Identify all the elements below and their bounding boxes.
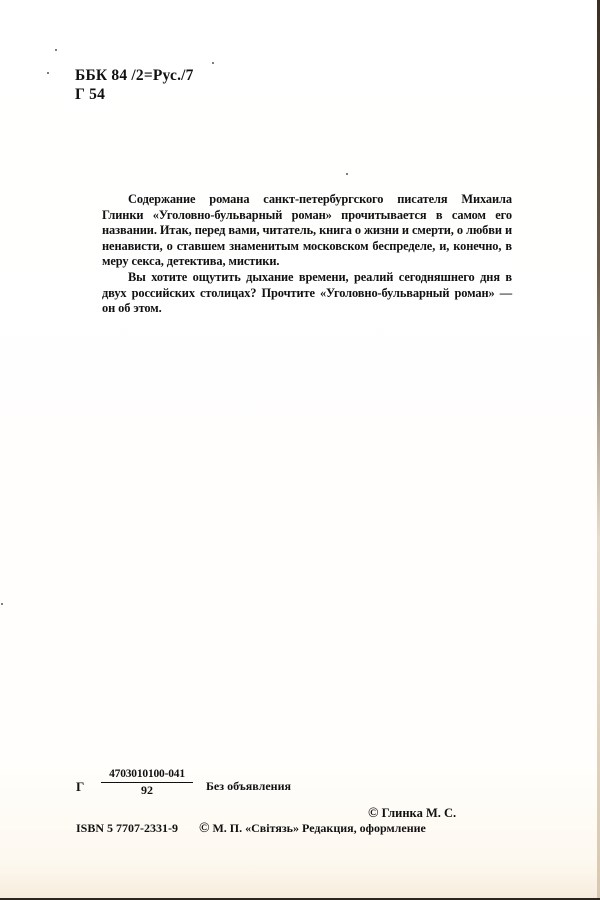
copyright-author-line: © Глинка М. С.	[368, 806, 456, 822]
library-classification: ББК 84 /2=Рус./7 Г 54	[75, 66, 194, 104]
imprint-numerator: 4703010100-041	[101, 768, 193, 781]
paper-speck	[47, 72, 49, 74]
author-mark: Г 54	[75, 85, 194, 104]
book-page: ББК 84 /2=Рус./7 Г 54 Содержание романа …	[0, 0, 600, 900]
isbn-publisher-line: ISBN 5 7707-2331-9 © М. П. «Світязь» Ред…	[76, 821, 426, 837]
book-annotation: Содержание романа санкт-петербургского п…	[102, 192, 512, 317]
copyright-publisher: М. П. «Світязь» Редакция, оформление	[212, 821, 425, 835]
isbn: ISBN 5 7707-2331-9	[76, 821, 178, 835]
copyright-author: Глинка М. С.	[382, 806, 457, 820]
imprint-denominator: 92	[101, 784, 193, 797]
price-note: Без объявления	[206, 779, 291, 794]
copyright-icon: ©	[368, 806, 378, 821]
annotation-paragraph-1: Содержание романа санкт-петербургского п…	[102, 192, 512, 270]
bbk-code: ББК 84 /2=Рус./7	[75, 66, 194, 85]
copyright-icon: ©	[199, 821, 209, 836]
paper-speck	[55, 49, 57, 51]
paper-speck	[346, 173, 348, 175]
imprint-letter: Г	[76, 779, 84, 795]
annotation-paragraph-2: Вы хотите ощутить дыхание времени, реали…	[102, 270, 512, 317]
imprint-fraction: 4703010100-041 92	[101, 768, 193, 797]
paper-speck	[212, 62, 214, 64]
paper-speck	[1, 603, 3, 605]
